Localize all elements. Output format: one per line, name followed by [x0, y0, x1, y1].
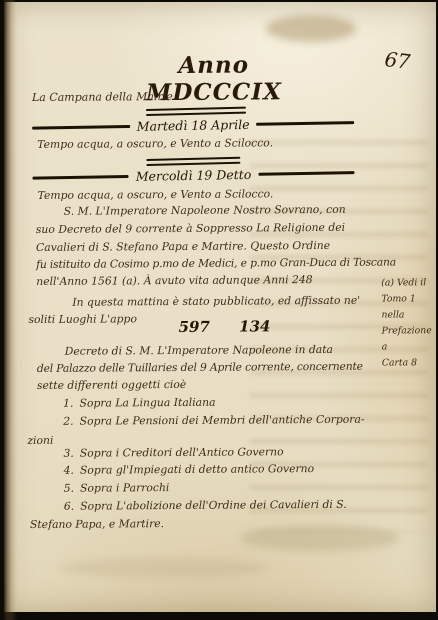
paragraph-line: Decreto di S. M. L'Imperatore Napoleone … [65, 343, 333, 358]
rule-left [32, 175, 128, 179]
rule-right [258, 171, 354, 175]
item-number: 4. [64, 464, 77, 477]
decree-item: 6. Sopra L'abolizione dell'Ordine dei Ca… [64, 498, 347, 513]
weather-line: Tempo acqua, a oscuro, e Vento a Scilocc… [38, 187, 274, 202]
item-number: 3. [63, 447, 76, 460]
margin-note-line: Prefazione a [382, 323, 438, 355]
weather-line: Tempo acqua, a oscuro, e Vento a Scilocc… [37, 136, 273, 151]
paragraph-line: sette differenti oggetti cioè [37, 378, 186, 392]
margin-note: (a) Vedi il Tomo 1 nella Prefazione a Ca… [381, 275, 438, 371]
item-number: 6. [64, 500, 77, 513]
rule-left [32, 125, 130, 129]
paragraph-line: nell'Anno 1561 (a). À avuto vita adunque… [36, 273, 312, 288]
item-continuation: Stefano Papa, e Martire. [30, 517, 164, 531]
number-second: 134 [239, 317, 270, 335]
paragraph-line: suo Decreto del 9 corrente à Soppresso L… [36, 221, 345, 236]
date-heading: Mercoldì 19 Detto [129, 167, 259, 184]
date-heading-row: Martedì 18 Aprile [32, 115, 354, 136]
decree-item: 3. Sopra i Creditori dell'Antico Governo [63, 445, 283, 460]
item-text: Sopra gl'Impiegati di detto antico Gover… [80, 462, 314, 477]
decree-item: 4. Sopra gl'Impiegati di detto antico Go… [64, 462, 315, 477]
date-heading-row: Mercoldì 19 Detto [32, 165, 354, 186]
handwritten-content: Anno MDCCCIX 67 La Campana della Mairie.… [0, 0, 438, 620]
item-number: 2. [63, 415, 76, 428]
subject-line: La Campana della Mairie. [32, 90, 176, 104]
margin-note-line: Tomo 1 nella [381, 291, 437, 323]
folio-number: 67 [383, 47, 411, 74]
margin-note-line: (a) Vedi il [381, 275, 437, 291]
paragraph-line: soliti Luoghi L'appo [28, 312, 137, 326]
item-continuation: zioni [27, 434, 53, 447]
paragraph-line: In questa mattina è stato pubblicato, ed… [72, 294, 360, 309]
item-text: Sopra Le Pensioni dei Membri dell'antich… [80, 413, 365, 428]
item-text: Sopra i Parrochi [80, 481, 169, 495]
item-text: Sopra i Creditori dell'Antico Governo [80, 445, 284, 459]
item-text: Sopra La Lingua Italiana [79, 396, 215, 410]
paragraph-line: del Palazzo delle Tuillaries del 9 April… [37, 360, 363, 375]
decree-item: 1. Sopra La Lingua Italiana [63, 396, 215, 410]
date-heading: Martedì 18 Aprile [130, 117, 257, 134]
paragraph-line: S. M. L'Imperatore Napoleone Nostro Sovr… [64, 203, 346, 218]
decree-item: 5. Sopra i Parrochi [64, 481, 170, 495]
margin-note-line: Carta 8 [382, 355, 438, 371]
paragraph-line: Cavalieri di S. Stefano Papa e Martire. … [36, 239, 330, 254]
item-number: 1. [63, 397, 76, 410]
paragraph-line: fu istituito da Cosimo p.mo de Medici, e… [36, 255, 396, 271]
number-first: 597 [178, 318, 209, 336]
rule-right [257, 121, 355, 125]
manuscript-scan: Anno MDCCCIX 67 La Campana della Mairie.… [0, 0, 438, 620]
item-number: 5. [64, 482, 77, 495]
item-text: Sopra L'abolizione dell'Ordine dei Caval… [80, 498, 347, 513]
inserted-numbers: 597 134 [178, 317, 270, 336]
decree-item: 2. Sopra Le Pensioni dei Membri dell'ant… [63, 413, 364, 428]
